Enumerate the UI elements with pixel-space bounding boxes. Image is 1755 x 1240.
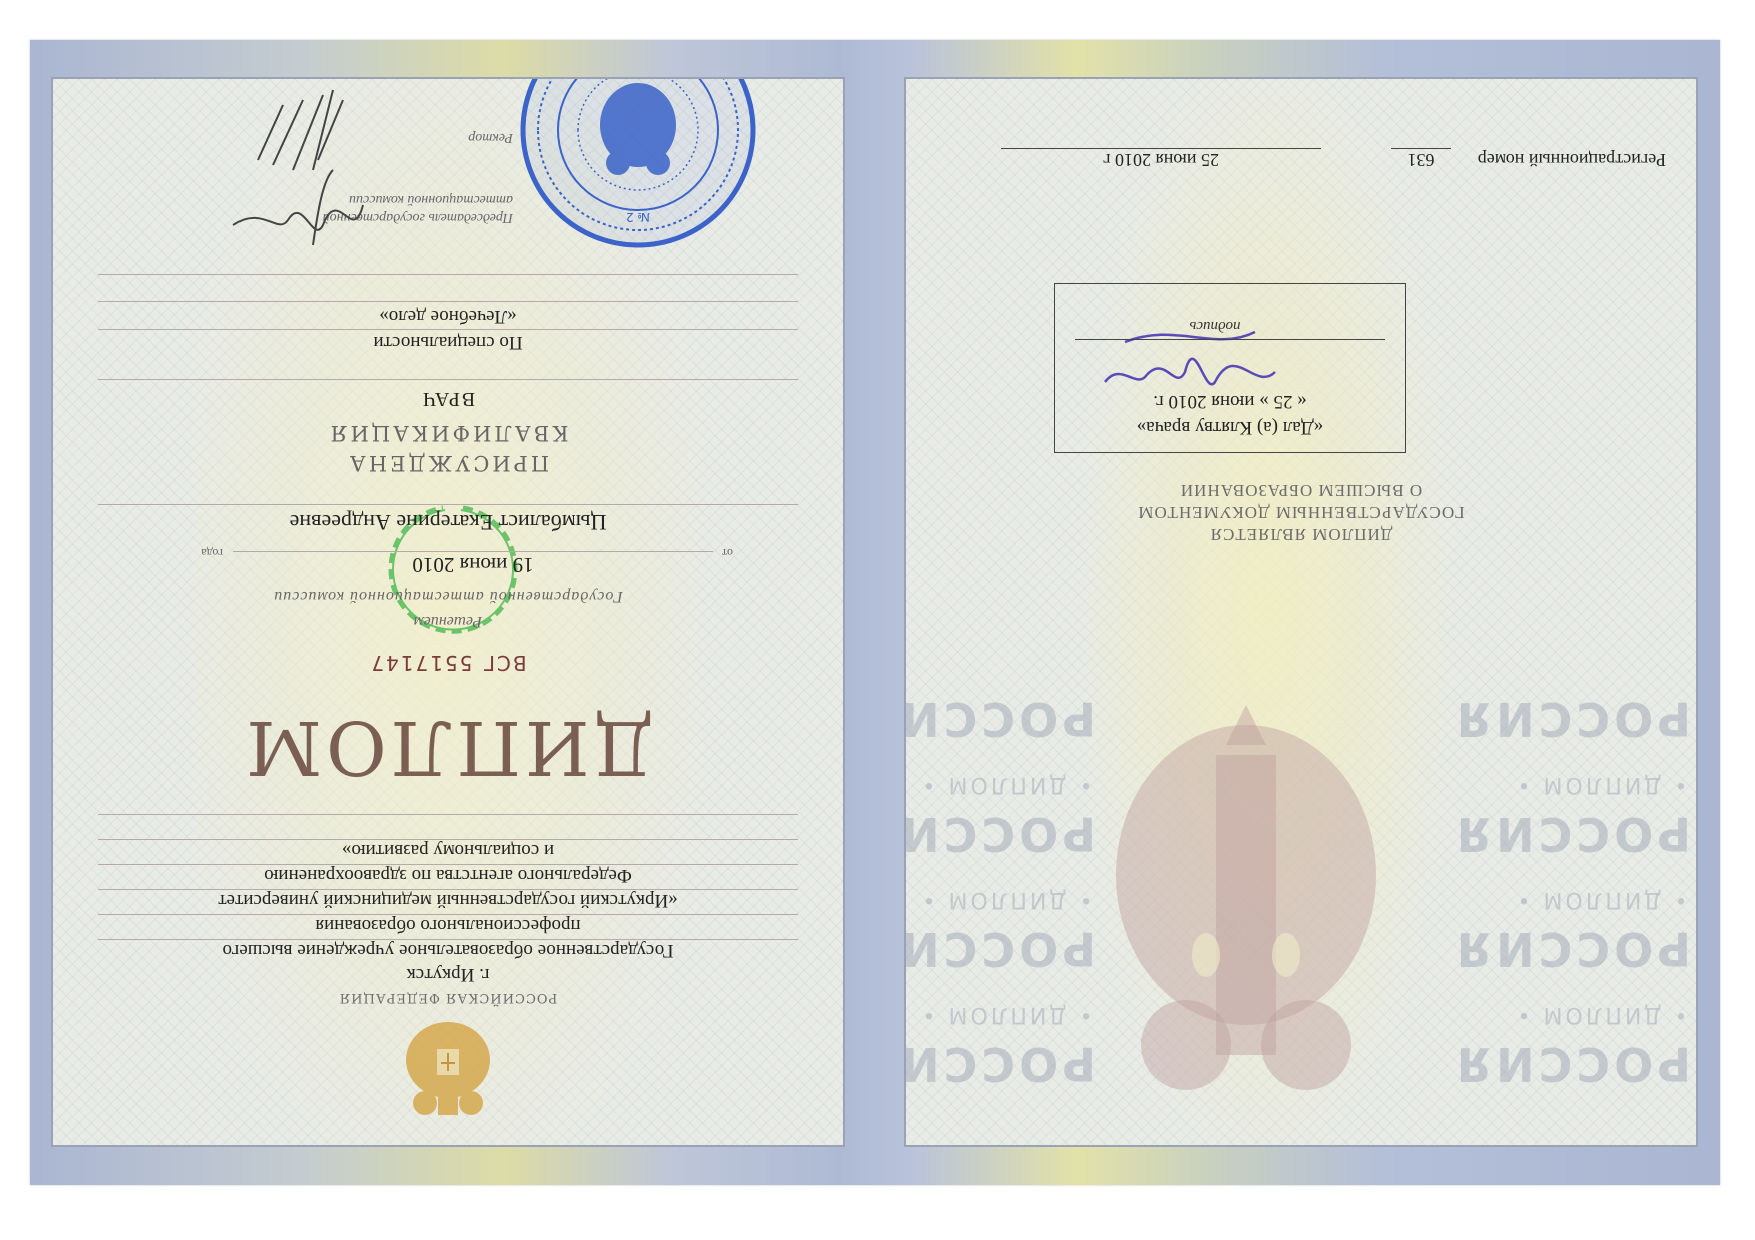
institution-line: профессионального образования bbox=[98, 914, 798, 936]
commission-label: Государственной аттестационной комиссии bbox=[53, 587, 843, 605]
watermark-russia: РОССИЯ bbox=[1511, 922, 1691, 976]
from-label: от bbox=[722, 545, 733, 560]
watermark-russia: РОССИЯ bbox=[1511, 1037, 1691, 1091]
stamp-number: № 2 bbox=[626, 210, 650, 224]
signature-line bbox=[1075, 339, 1385, 340]
recipient-name: Цымбалист Екатерине Андреевне bbox=[98, 504, 798, 535]
declaration-line: о высшем образовании bbox=[906, 479, 1696, 501]
year-label: года bbox=[201, 545, 223, 560]
rule-line bbox=[98, 379, 798, 380]
info-page: РОССИЯ • ДИПЛОМ • РОССИЯ • ДИПЛОМ • РОСС… bbox=[904, 77, 1698, 1147]
rule-line bbox=[98, 301, 798, 302]
qualification-label: квалификация bbox=[53, 421, 843, 445]
registration-number: 631 bbox=[1391, 148, 1451, 170]
institution-line: и социальному развитию» bbox=[98, 839, 798, 861]
watermark-diploma: • ДИПЛОМ • bbox=[1511, 1002, 1691, 1027]
awarded-label: Присуждена bbox=[53, 451, 843, 475]
institution-line: Федерального агентства по здравоохранени… bbox=[98, 864, 798, 886]
rector-label: Ректор bbox=[468, 129, 513, 145]
rule-line bbox=[98, 329, 798, 330]
rule-line bbox=[98, 814, 798, 815]
watermark-column-right: РОССИЯ • ДИПЛОМ • РОССИЯ • ДИПЛОМ • РОСС… bbox=[916, 682, 1096, 1105]
watermark-russia: РОССИЯ bbox=[916, 692, 1096, 746]
registration-label: Регистрационный номер bbox=[1478, 149, 1666, 170]
watermark-russia: РОССИЯ bbox=[916, 922, 1096, 976]
watermark-russia: РОССИЯ bbox=[1511, 807, 1691, 861]
chair-label: аттестационной комиссии bbox=[349, 191, 513, 207]
watermark-russia: РОССИЯ bbox=[1511, 692, 1691, 746]
oath-title: «Дал (а) Клятву врача» bbox=[1055, 416, 1405, 438]
university-seal-icon: № 2 bbox=[513, 77, 763, 255]
watermark-diploma: • ДИПЛОМ • bbox=[916, 772, 1096, 797]
declaration-line: государственным документом bbox=[906, 501, 1696, 523]
chair-signature-icon bbox=[223, 165, 373, 265]
declaration-line: Диплом является bbox=[906, 523, 1696, 545]
decision-date: 19 июня 2010 bbox=[233, 551, 713, 577]
specialty-label: По специальности bbox=[53, 331, 843, 353]
doctor-oath-box: «Дал (а) Клятву врача» « 25 » июня 2010 … bbox=[1054, 283, 1406, 453]
rector-signature-icon bbox=[243, 80, 353, 180]
watermark-diploma: • ДИПЛОМ • bbox=[1511, 887, 1691, 912]
rule-line bbox=[98, 274, 798, 275]
specialty-value: «Лечебное дело» bbox=[53, 305, 843, 327]
registration-date: 25 июня 2010 г bbox=[1001, 148, 1321, 170]
diploma-cover: РОССИЯ • ДИПЛОМ • РОССИЯ • ДИПЛОМ • РОСС… bbox=[30, 40, 1720, 1185]
watermark-column-left: РОССИЯ • ДИПЛОМ • РОССИЯ • ДИПЛОМ • РОСС… bbox=[1511, 682, 1691, 1105]
city-label: г. Иркутск bbox=[53, 963, 843, 985]
watermark-diploma: • ДИПЛОМ • bbox=[916, 1002, 1096, 1027]
institution-line: Государственное образовательное учрежден… bbox=[98, 939, 798, 961]
qualification-value: Врач bbox=[53, 387, 843, 410]
diploma-scan: РОССИЯ • ДИПЛОМ • РОССИЯ • ДИПЛОМ • РОСС… bbox=[0, 0, 1755, 1240]
diploma-title: ДИПЛОМ bbox=[53, 704, 843, 790]
watermark-diploma: • ДИПЛОМ • bbox=[1511, 772, 1691, 797]
coat-of-arms-icon bbox=[393, 1015, 503, 1125]
watermark-diploma: • ДИПЛОМ • bbox=[916, 887, 1096, 912]
decision-label: Решением bbox=[53, 612, 843, 630]
eagle-watermark-icon bbox=[1096, 695, 1396, 1105]
serial-number: ВСГ 5517147 bbox=[53, 651, 843, 675]
watermark-russia: РОССИЯ bbox=[916, 807, 1096, 861]
watermark-russia: РОССИЯ bbox=[916, 1037, 1096, 1091]
diploma-main-page: Российская Федерация г. Иркутск Государс… bbox=[51, 77, 845, 1147]
institution-line: «Иркутский государственный медицинский у… bbox=[98, 889, 798, 911]
country-label: Российская Федерация bbox=[53, 990, 843, 1005]
declaration-text: Диплом является государственным документ… bbox=[906, 479, 1696, 545]
signature-label: подпись bbox=[1055, 317, 1405, 334]
